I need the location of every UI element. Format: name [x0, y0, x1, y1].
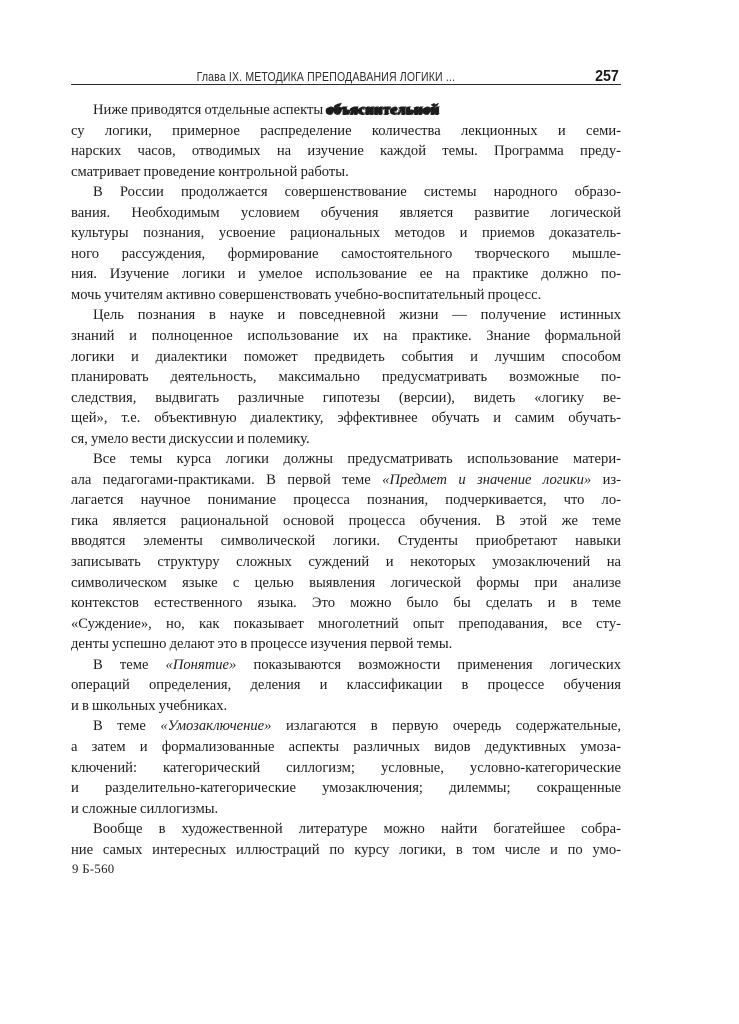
text-line: символическом языке с целью выявления ло… [71, 573, 621, 594]
text-line: и в школьных учебниках. [71, 696, 621, 717]
text-line: вания. Необходимым условием обучения явл… [71, 203, 621, 224]
text-segment: вводятся элементы символической логики. … [71, 533, 621, 549]
text-segment: В России продолжается совершенствование … [93, 184, 621, 200]
text-segment: Ниже приводятся отдельные аспекты [93, 102, 326, 118]
text-line: культуры познания, усвоение рациональных… [71, 223, 621, 244]
text-line: следствия, выдвигать различные гипотезы … [71, 388, 621, 409]
text-line: операций определения, деления и классифи… [71, 675, 621, 696]
chapter-title-text: Глава IX. МЕТОДИКА ПРЕПОДАВАНИЯ ЛОГИКИ .… [197, 70, 455, 84]
printers-signature: 9 Б-560 [72, 862, 115, 877]
text-segment: сматривает проведение контрольной работы… [71, 164, 349, 180]
chapter-title: Глава IX. МЕТОДИКА ПРЕПОДАВАНИЯ ЛОГИКИ .… [71, 70, 581, 84]
text-line: мочь учителям активно совершенствовать у… [71, 285, 621, 306]
text-line: Вообще в художественной литературе можно… [71, 819, 621, 840]
text-segment: и сложные силлогизмы. [71, 801, 218, 817]
text-segment: из- [591, 472, 621, 488]
text-line: В теме «Умозаключение» излагаются в перв… [71, 716, 621, 737]
paragraph: Все темы курса логики должны предусматри… [71, 449, 621, 654]
text-segment: записывать структуру сложных суждений и … [71, 554, 621, 570]
text-segment: показываются возможности применения логи… [236, 657, 621, 673]
text-line: нарских часов, отводимых на изучение каж… [71, 141, 621, 162]
text-line: ключений: категорический силлогизм; усло… [71, 758, 621, 779]
book-page: Глава IX. МЕТОДИКА ПРЕПОДАВАНИЯ ЛОГИКИ .… [0, 0, 739, 1024]
text-segment: операций определения, деления и классифи… [71, 677, 621, 693]
page-header: Глава IX. МЕТОДИКА ПРЕПОДАВАНИЯ ЛОГИКИ .… [71, 62, 621, 85]
text-segment: су логики, примерное распределение колич… [71, 123, 621, 139]
text-segment: вания. Необходимым условием обучения явл… [71, 205, 621, 221]
text-line: «Суждение», но, как показывает многолетн… [71, 614, 621, 635]
text-segment: В теме [93, 657, 166, 673]
text-segment: контекстов естественного языка. Это можн… [71, 595, 621, 611]
text-line: а затем и формализованные аспекты различ… [71, 737, 621, 758]
text-segment: символическом языке с целью выявления ло… [71, 575, 621, 591]
text-line: вводятся элементы символической логики. … [71, 531, 621, 552]
text-segment: ала педагогами-практиками. В первой теме [71, 472, 382, 488]
text-line: денты успешно делают это в процессе изуч… [71, 634, 621, 655]
theme-title: «Умозаключение» [160, 718, 271, 734]
text-line: щей», т.е. объективную диалектику, эффек… [71, 408, 621, 429]
page-body: Ниже приводятся отдельные аспекты объясн… [71, 100, 621, 860]
text-segment: и в школьных учебниках. [71, 698, 227, 714]
text-line: ние самых интересных иллюстраций по курс… [71, 840, 621, 861]
text-line: ния. Изучение логики и умелое использова… [71, 264, 621, 285]
text-segment: Цель познания в науке и повседневной жиз… [93, 307, 621, 323]
text-segment: лагается научное понимание процесса позн… [71, 492, 621, 508]
text-line: ся, умело вести дискуссии и полемику. [71, 429, 621, 450]
text-segment: планировать деятельность, максимально пр… [71, 369, 621, 385]
text-line: логики и диалектики поможет предвидеть с… [71, 347, 621, 368]
text-line: гика является рациональной основой проце… [71, 511, 621, 532]
text-segment: Все темы курса логики должны предусматри… [93, 451, 621, 467]
text-segment: ние самых интересных иллюстраций по курс… [71, 842, 621, 858]
paragraph: Ниже приводятся отдельные аспекты объясн… [71, 100, 621, 182]
text-segment: следствия, выдвигать различные гипотезы … [71, 390, 621, 406]
text-line: знаний и полноценное использование их на… [71, 326, 621, 347]
text-segment: нарских часов, отводимых на изучение каж… [71, 143, 621, 159]
text-line: В России продолжается совершенствование … [71, 182, 621, 203]
text-segment: культуры познания, усвоение рациональных… [71, 225, 621, 241]
text-segment: «Суждение», но, как показывает многолетн… [71, 616, 621, 632]
text-segment: логики и диалектики поможет предвидеть с… [71, 349, 621, 365]
text-line: су логики, примерное распределение колич… [71, 121, 621, 142]
theme-title: «Понятие» [166, 657, 237, 673]
page-number: 257 [595, 68, 619, 86]
paragraph: В теме «Понятие» показываются возможност… [71, 655, 621, 717]
text-line: сматривает проведение контрольной работы… [71, 162, 621, 183]
text-segment: ния. Изучение логики и умелое использова… [71, 266, 621, 282]
text-segment: ного рассуждения, формирование самостоят… [71, 246, 621, 262]
text-line: контекстов естественного языка. Это можн… [71, 593, 621, 614]
overprinted-word: объяснительной [326, 102, 439, 118]
text-segment: а затем и формализованные аспекты различ… [71, 739, 621, 755]
text-line: записывать структуру сложных суждений и … [71, 552, 621, 573]
text-line: Цель познания в науке и повседневной жиз… [71, 305, 621, 326]
text-line: В теме «Понятие» показываются возможност… [71, 655, 621, 676]
text-line: планировать деятельность, максимально пр… [71, 367, 621, 388]
text-segment: знаний и полноценное использование их на… [71, 328, 621, 344]
text-segment: Вообще в художественной литературе можно… [93, 821, 621, 837]
paragraph: Цель познания в науке и повседневной жиз… [71, 305, 621, 449]
text-segment: В теме [93, 718, 160, 734]
text-segment: излагаются в первую очередь содержательн… [271, 718, 621, 734]
text-segment: ся, умело вести дискуссии и полемику. [71, 431, 310, 447]
text-segment: щей», т.е. объективную диалектику, эффек… [71, 410, 621, 426]
paragraph: Вообще в художественной литературе можно… [71, 819, 621, 860]
text-segment: денты успешно делают это в процессе изуч… [71, 636, 452, 652]
text-line: и разделительно-категорические умозаключ… [71, 778, 621, 799]
text-line: лагается научное понимание процесса позн… [71, 490, 621, 511]
text-segment: гика является рациональной основой проце… [71, 513, 621, 529]
theme-title: «Предмет и значение логики» [382, 472, 591, 488]
text-segment: и разделительно-категорические умозаключ… [71, 780, 621, 796]
text-segment: ключений: категорический силлогизм; усло… [71, 760, 621, 776]
text-line: ала педагогами-практиками. В первой теме… [71, 470, 621, 491]
text-line: и сложные силлогизмы. [71, 799, 621, 820]
text-line: Все темы курса логики должны предусматри… [71, 449, 621, 470]
paragraph: В теме «Умозаключение» излагаются в перв… [71, 716, 621, 819]
paragraph: В России продолжается совершенствование … [71, 182, 621, 305]
text-segment: мочь учителям активно совершенствовать у… [71, 287, 541, 303]
text-line: ного рассуждения, формирование самостоят… [71, 244, 621, 265]
text-line: Ниже приводятся отдельные аспекты объясн… [71, 100, 621, 121]
